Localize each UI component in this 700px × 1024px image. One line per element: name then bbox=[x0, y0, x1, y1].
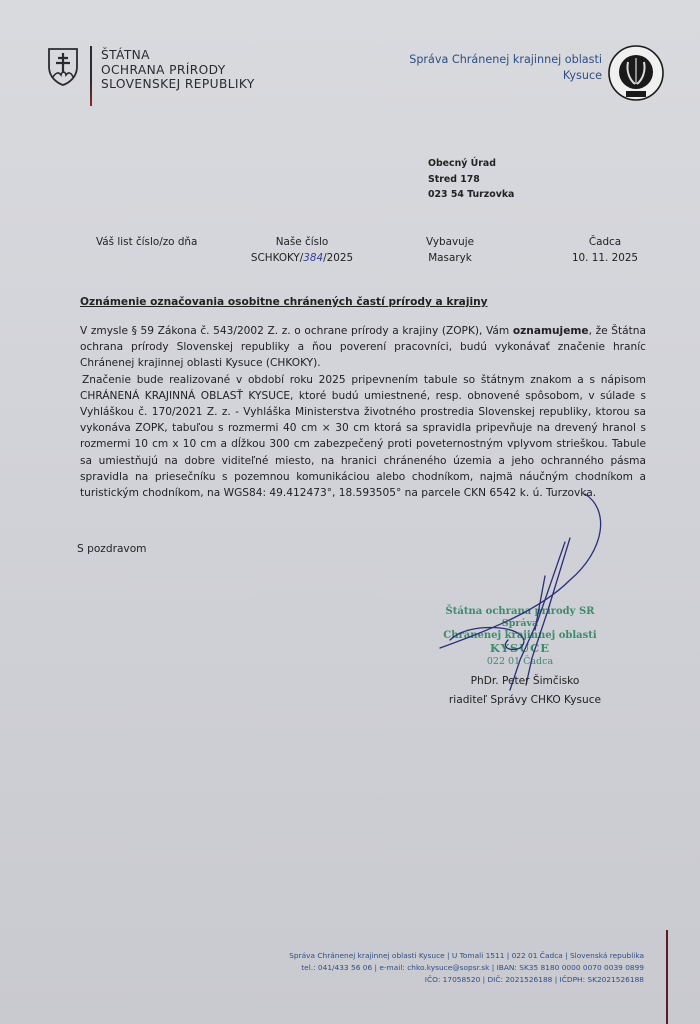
your-letter-ref: Váš list číslo/zo dňa bbox=[96, 234, 197, 250]
stamp-line: KYSUCE bbox=[430, 642, 610, 655]
date-value: 10. 11. 2025 bbox=[560, 250, 650, 266]
handled-by-value: Masaryk bbox=[410, 250, 490, 266]
greeting: S pozdravom bbox=[77, 543, 147, 555]
organization-name: ŠTÁTNA OCHRANA PRÍRODY SLOVENSKEJ REPUBL… bbox=[101, 48, 255, 92]
footer-line: IČO: 17058520 | DIČ: 2021526188 | IČDPH:… bbox=[289, 974, 644, 986]
org-name-line: SLOVENSKEJ REPUBLIKY bbox=[101, 77, 255, 92]
agency-line: Kysuce bbox=[409, 68, 602, 84]
footer-contact: Správa Chránenej krajinnej oblasti Kysuc… bbox=[289, 950, 644, 986]
subject-heading: Oznámenie označovania osobitne chránenýc… bbox=[80, 296, 488, 308]
recipient-address: Obecný Úrad Stred 178 023 54 Turzovka bbox=[428, 156, 514, 203]
our-number-prefix: SCHKOKY/ bbox=[251, 252, 303, 264]
footer-divider bbox=[666, 930, 668, 1024]
address-line: Stred 178 bbox=[428, 172, 514, 188]
org-name-line: OCHRANA PRÍRODY bbox=[101, 63, 255, 78]
body-paragraph-1: V zmysle § 59 Zákona č. 543/2002 Z. z. o… bbox=[80, 323, 646, 372]
letter-page: ŠTÁTNA OCHRANA PRÍRODY SLOVENSKEJ REPUBL… bbox=[0, 0, 700, 1024]
footer-line: Správa Chránenej krajinnej oblasti Kysuc… bbox=[289, 950, 644, 962]
p1-text: V zmysle § 59 Zákona č. 543/2002 Z. z. o… bbox=[80, 325, 513, 337]
address-line: Obecný Úrad bbox=[428, 156, 514, 172]
agency-line: Správa Chránenej krajinnej oblasti bbox=[409, 52, 602, 68]
agency-name: Správa Chránenej krajinnej oblasti Kysuc… bbox=[409, 52, 602, 84]
our-number-handwritten: 384 bbox=[303, 252, 323, 264]
body-paragraph-2: Značenie bude realizované v období roku … bbox=[80, 372, 646, 502]
our-number-ref: Naše číslo SCHKOKY/384/2025 bbox=[244, 234, 360, 266]
our-number-label: Naše číslo bbox=[244, 234, 360, 250]
footer-line: tel.: 041/433 56 06 | e-mail: chko.kysuc… bbox=[289, 962, 644, 974]
your-letter-label: Váš list číslo/zo dňa bbox=[96, 234, 197, 250]
signer-name: PhDr. Peter Šimčisko bbox=[440, 672, 610, 691]
p1-bold: oznamujeme bbox=[513, 325, 589, 337]
handled-by-label: Vybavuje bbox=[410, 234, 490, 250]
our-number-value: SCHKOKY/384/2025 bbox=[244, 250, 360, 266]
official-stamp: Štátna ochrana prírody SR Správa Chránen… bbox=[430, 606, 610, 668]
stamp-line: Štátna ochrana prírody SR bbox=[430, 606, 610, 618]
chko-kysuce-seal-icon bbox=[606, 44, 666, 102]
our-number-suffix: /2025 bbox=[323, 252, 353, 264]
slovak-coat-of-arms-icon bbox=[47, 47, 79, 87]
place-date-ref: Čadca 10. 11. 2025 bbox=[560, 234, 650, 266]
address-line: 023 54 Turzovka bbox=[428, 187, 514, 203]
stamp-line: Správa bbox=[430, 618, 610, 629]
stamp-line: 022 01 Čadca bbox=[430, 655, 610, 668]
header-divider bbox=[90, 46, 92, 106]
org-name-line: ŠTÁTNA bbox=[101, 48, 255, 63]
handled-by-ref: Vybavuje Masaryk bbox=[410, 234, 490, 266]
signer-block: PhDr. Peter Šimčisko riaditeľ Správy CHK… bbox=[440, 672, 610, 710]
letter-body: V zmysle § 59 Zákona č. 543/2002 Z. z. o… bbox=[80, 323, 646, 501]
place-label: Čadca bbox=[560, 234, 650, 250]
signer-title: riaditeľ Správy CHKO Kysuce bbox=[440, 691, 610, 710]
